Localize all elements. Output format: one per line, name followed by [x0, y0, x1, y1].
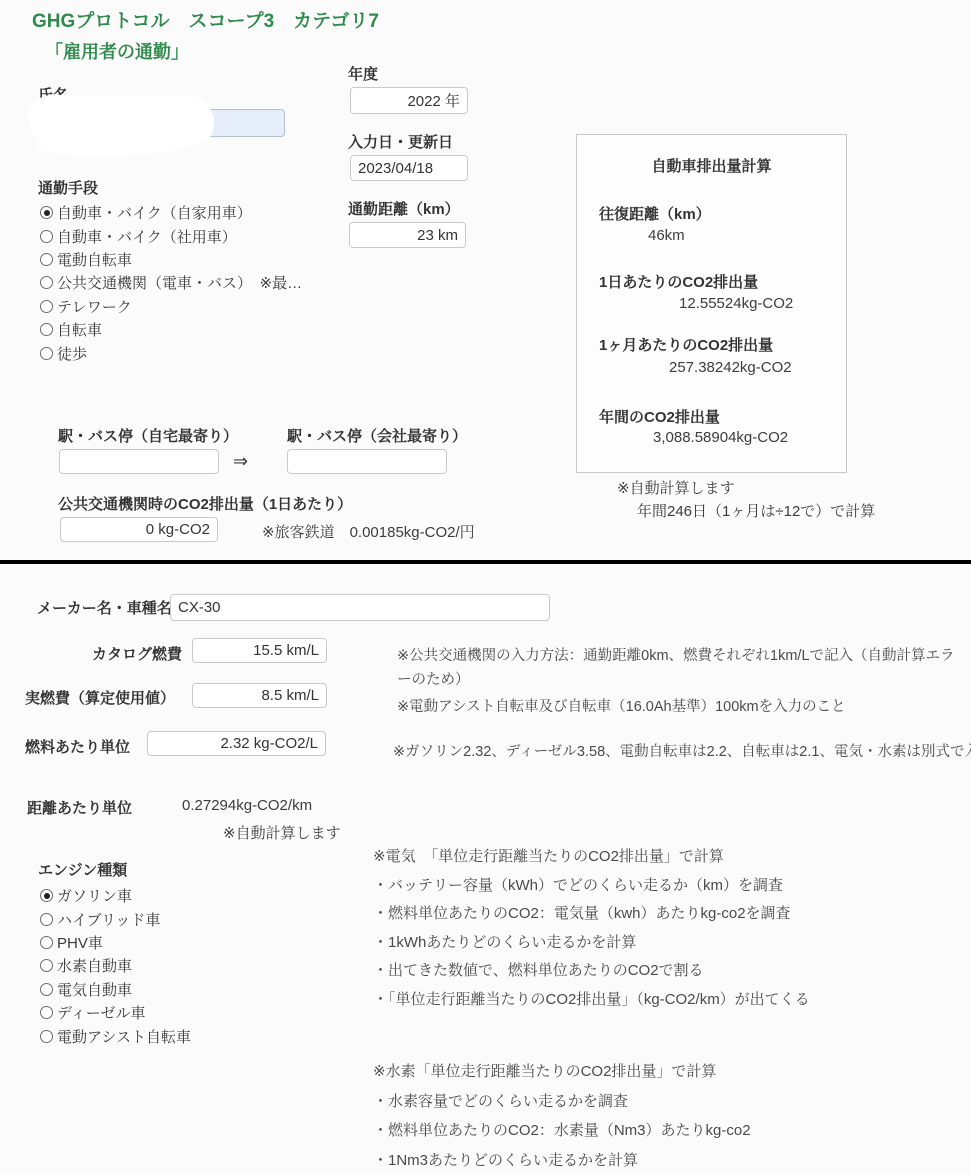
arrow-right-icon: ⇒ [233, 451, 248, 472]
radio-icon[interactable] [40, 230, 53, 243]
commute-option-company-car[interactable]: 自動車・バイク（社用車） [40, 224, 302, 247]
catalog-fuel-label: カタログ燃費 [25, 643, 182, 664]
radio-icon[interactable] [40, 323, 53, 336]
distance-unit-auto-note: ※自動計算します [223, 822, 341, 843]
station-office-label: 駅・バス停（会社最寄り） [287, 425, 467, 446]
commute-option-telework[interactable]: テレワーク [40, 295, 302, 318]
commute-option-ebike[interactable]: 電動自転車 [40, 248, 302, 271]
section-divider [0, 560, 971, 564]
commute-option-private-car[interactable]: 自動車・バイク（自家用車） [40, 201, 302, 224]
electric-note-line: ※電気 「単位走行距離当たりのCO2排出量」で計算 [373, 845, 810, 874]
electric-note-line: ・「単位走行距離当たりのCO2排出量」（kg-CO2/km）が出てくる [373, 988, 810, 1017]
engine-option-phv[interactable]: PHV車 [40, 931, 191, 954]
station-home-input[interactable] [59, 449, 219, 474]
hydrogen-note-line: ※水素「単位走行距離当たりのCO2排出量」で計算 [373, 1060, 751, 1090]
electric-note-line: ・出てきた数値で、燃料単位あたりのCO2で割る [373, 959, 810, 988]
year-input[interactable] [350, 87, 468, 114]
hydrogen-note-line: ・水素容量でどのくらい走るかを調査 [373, 1090, 751, 1120]
commute-option-walk[interactable]: 徒歩 [40, 341, 302, 364]
maker-input[interactable] [170, 594, 550, 621]
panel-footnote-auto: ※自動計算します [617, 477, 735, 498]
ghg-scope3-form: GHGプロトコル スコープ3 カテゴリ7 「雇用者の通勤」 氏名 年度 入力日・… [0, 0, 971, 1175]
engine-option-assist-bike[interactable]: 電動アシスト自転車 [40, 1024, 191, 1047]
electric-note-line: ・1kWhあたりどのくらい走るかを計算 [373, 931, 810, 960]
station-home-label: 駅・バス停（自宅最寄り） [58, 425, 238, 446]
entry-date-input[interactable] [350, 155, 468, 181]
distance-unit-label: 距離あたり単位 [27, 797, 132, 818]
radio-icon[interactable] [40, 347, 53, 360]
monthly-co2-value: 257.38242kg-CO2 [669, 359, 792, 376]
rail-factor-note: ※旅客鉄道 0.00185kg-CO2/円 [262, 521, 475, 542]
radio-icon[interactable] [40, 959, 53, 972]
electric-calc-notes: ※電気 「単位走行距離当たりのCO2排出量」で計算 ・バッテリー容量（kWh）で… [373, 845, 810, 1017]
radio-icon[interactable] [40, 300, 53, 313]
fuel-unit-input[interactable] [147, 731, 326, 756]
daily-co2-label: 1日あたりのCO2排出量 [599, 271, 758, 292]
radio-icon[interactable] [40, 276, 53, 289]
distance-unit-value: 0.27294kg-CO2/km [182, 797, 312, 814]
engine-option-diesel[interactable]: ディーゼル車 [40, 1001, 191, 1024]
round-trip-distance-value: 46km [648, 227, 685, 244]
commute-distance-input[interactable] [349, 222, 466, 248]
page-subtitle: 「雇用者の通勤」 [45, 38, 189, 64]
radio-icon[interactable] [40, 913, 53, 926]
engine-option-hydrogen[interactable]: 水素自動車 [40, 954, 191, 977]
panel-title: 自動車排出量計算 [577, 155, 846, 176]
panel-footnote-days: 年間246日（1ヶ月は÷12で）で計算 [637, 500, 875, 521]
ebike-note: ※電動アシスト自転車及び自転車（16.0Ah基準）100kmを入力のこと [397, 695, 846, 716]
public-transport-co2-label: 公共交通機関時のCO2排出量（1日あたり） [58, 493, 352, 514]
engine-option-electric[interactable]: 電気自動車 [40, 978, 191, 1001]
commute-distance-label: 通勤距離（km） [348, 198, 460, 219]
actual-fuel-label: 実燃費（算定使用値） [25, 687, 175, 708]
engine-option-hybrid[interactable]: ハイブリッド車 [40, 907, 191, 930]
annual-co2-label: 年間のCO2排出量 [599, 406, 720, 427]
year-label: 年度 [348, 63, 378, 84]
daily-co2-value: 12.55524kg-CO2 [679, 295, 793, 312]
transport-input-note: ※公共交通機関の入力方法：通勤距離0km、燃費それぞれ1km/Lで記入（自動計算… [397, 645, 969, 692]
public-transport-co2-input[interactable] [60, 517, 218, 542]
radio-icon[interactable] [40, 206, 53, 219]
station-office-input[interactable] [287, 449, 447, 474]
engine-type-label: エンジン種類 [38, 859, 127, 880]
radio-icon[interactable] [40, 936, 53, 949]
engine-type-radio-group: ガソリン車 ハイブリッド車 PHV車 水素自動車 電気自動車 ディーゼル車 電動… [40, 884, 191, 1048]
radio-icon[interactable] [40, 983, 53, 996]
hydrogen-calc-notes: ※水素「単位走行距離当たりのCO2排出量」で計算 ・水素容量でどのくらい走るかを… [373, 1060, 751, 1175]
monthly-co2-label: 1ヶ月あたりのCO2排出量 [599, 334, 773, 355]
page-title: GHGプロトコル スコープ3 カテゴリ7 [32, 6, 379, 33]
car-emission-panel: 自動車排出量計算 往復距離（km） 46km 1日あたりのCO2排出量 12.5… [576, 134, 847, 473]
hydrogen-note-line: ・燃料単位あたりのCO2：水素量（Nm3）あたりkg-co2 [373, 1119, 751, 1149]
entry-date-label: 入力日・更新日 [348, 131, 453, 152]
hydrogen-note-line: ・1Nm3あたりどのくらい走るかを計算 [373, 1149, 751, 1175]
catalog-fuel-input[interactable] [192, 638, 327, 663]
engine-option-gasoline[interactable]: ガソリン車 [40, 884, 191, 907]
fuel-unit-label: 燃料あたり単位 [25, 736, 130, 757]
commute-method-radio-group: 自動車・バイク（自家用車） 自動車・バイク（社用車） 電動自転車 公共交通機関（… [40, 201, 302, 365]
radio-icon[interactable] [40, 1006, 53, 1019]
actual-fuel-input[interactable] [192, 683, 327, 708]
round-trip-distance-label: 往復距離（km） [599, 203, 711, 224]
radio-icon[interactable] [40, 1030, 53, 1043]
commute-option-public-transport[interactable]: 公共交通機関（電車・バス） ※最… [40, 271, 302, 294]
commute-method-label: 通勤手段 [38, 177, 98, 198]
radio-icon[interactable] [40, 889, 53, 902]
fuel-factors-note: ※ガソリン2.32、ディーゼル3.58、電動自転車は2.2、自転車は2.1、電気… [393, 740, 971, 761]
electric-note-line: ・燃料単位あたりのCO2：電気量（kwh）あたりkg-co2を調査 [373, 902, 810, 931]
maker-label: メーカー名・車種名 [37, 597, 172, 618]
radio-icon[interactable] [40, 253, 53, 266]
electric-note-line: ・バッテリー容量（kWh）でどのくらい走るか（km）を調査 [373, 874, 810, 903]
annual-co2-value: 3,088.58904kg-CO2 [653, 429, 788, 446]
commute-option-bicycle[interactable]: 自転車 [40, 318, 302, 341]
